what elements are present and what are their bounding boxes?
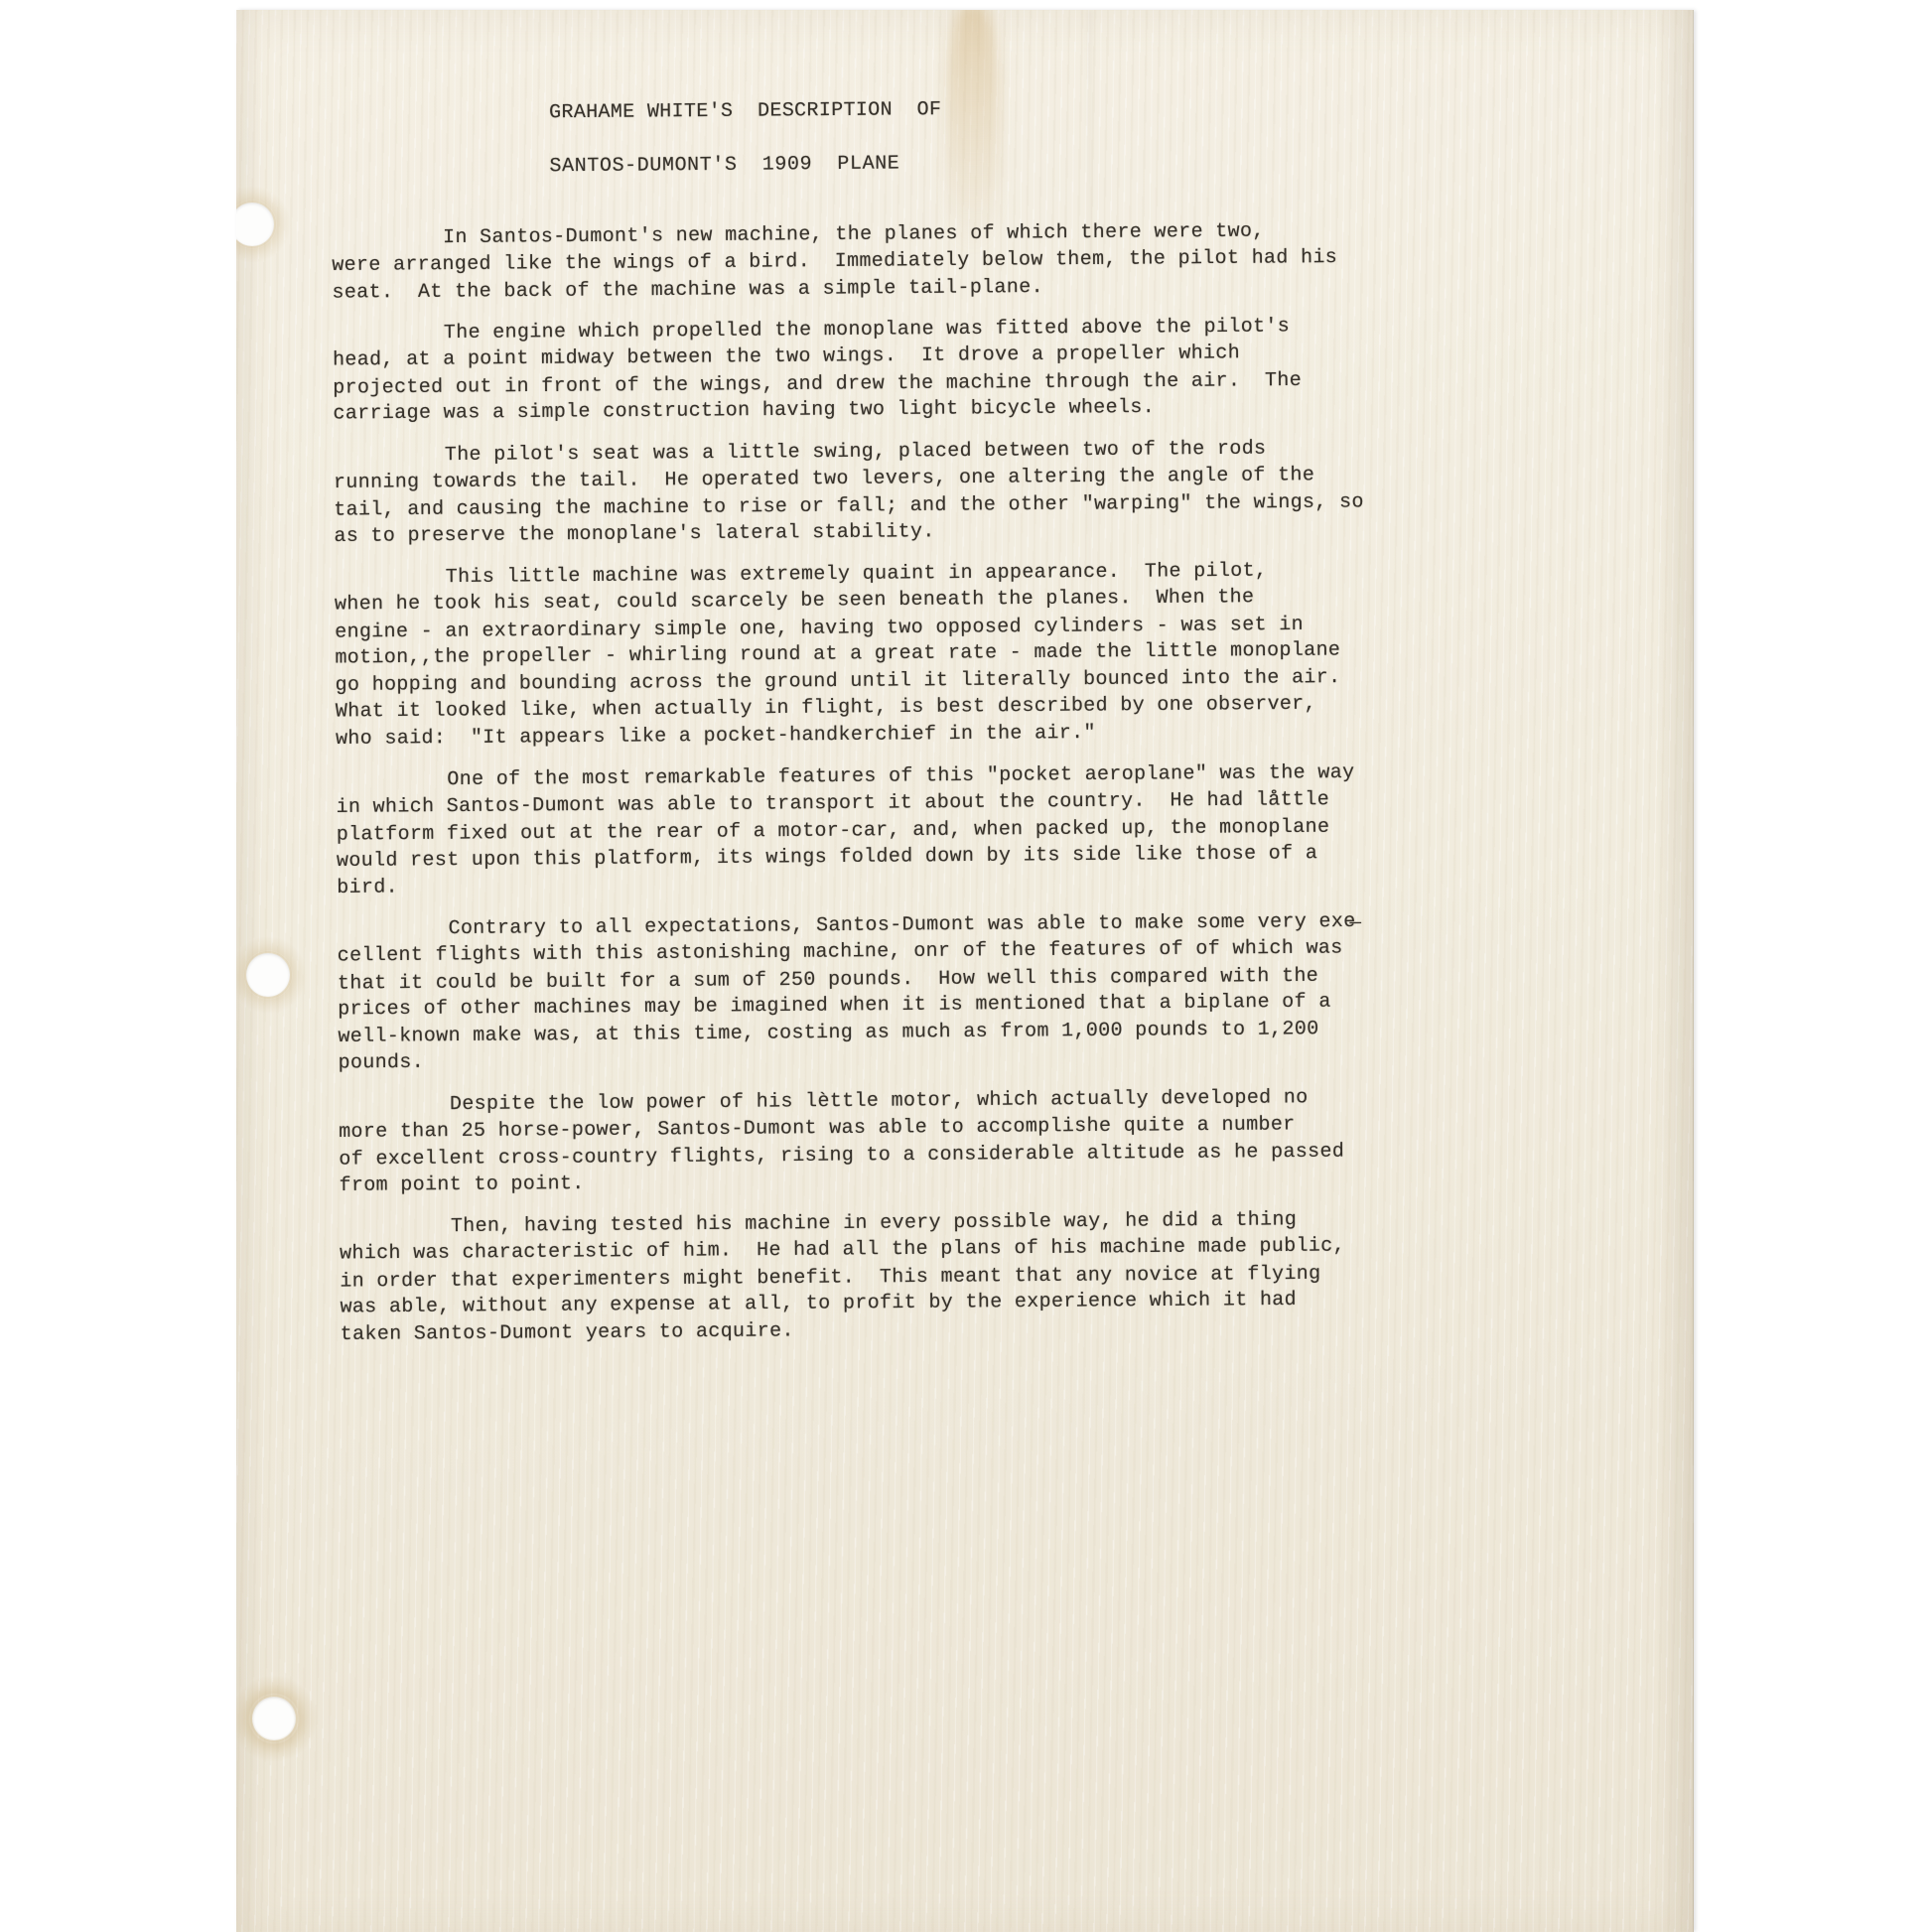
paragraph: In Santos-Dumont's new machine, the plan… (332, 216, 1464, 306)
paragraphs: In Santos-Dumont's new machine, the plan… (332, 216, 1472, 1348)
punch-hole-bottom (252, 1697, 296, 1740)
paragraph: One of the most remarkable features of t… (336, 759, 1468, 901)
title-line-2: SANTOS-DUMONT'S 1909 PLANE (549, 146, 1462, 180)
title-line-1: GRAHAME WHITE'S DESCRIPTION OF (549, 92, 1462, 126)
punch-hole-middle (246, 953, 290, 997)
paragraph: The pilot's seat was a little swing, pla… (334, 434, 1466, 550)
punch-hole-top (236, 203, 274, 246)
typewritten-text: GRAHAME WHITE'S DESCRIPTION OF SANTOS-DU… (331, 92, 1472, 1363)
paragraph: Despite the low power of his lèttle moto… (339, 1083, 1471, 1199)
paragraph: The engine which propelled the monoplane… (333, 312, 1465, 428)
document-title: GRAHAME WHITE'S DESCRIPTION OF SANTOS-DU… (331, 92, 1463, 182)
paragraph: This little machine was extremely quaint… (335, 556, 1467, 753)
paper-page: GRAHAME WHITE'S DESCRIPTION OF SANTOS-DU… (236, 10, 1694, 1932)
paragraph: Contrary to all expectations, Santos-Dum… (337, 907, 1469, 1077)
paragraph: Then, having tested his machine in every… (340, 1205, 1472, 1348)
